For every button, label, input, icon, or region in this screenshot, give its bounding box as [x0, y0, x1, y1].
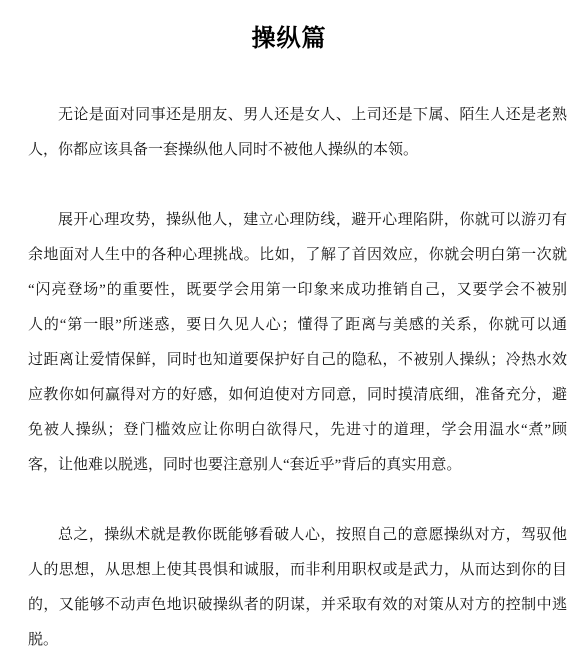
text-line: 人，你都应该具备一套操纵他人同时不被他人操纵的本领。: [28, 133, 567, 168]
document-page: 操纵篇 无论是面对同事还是朋友、男人还是女人、上司还是下属、陌生人还是老熟人，你…: [0, 0, 578, 663]
text-line: 的，又能够不动声色地识破操纵者的阴谋，并采取有效的对策从对方的控制中逃: [28, 588, 567, 623]
document-body: 无论是面对同事还是朋友、男人还是女人、上司还是下属、陌生人还是老熟人，你都应该具…: [0, 98, 578, 658]
text-line: 客，让他难以脱逃，同时也要注意别人“套近乎”背后的真实用意。: [28, 448, 567, 483]
text-line: 人的“第一眼”所迷惑，要日久见人心；懂得了距离与美感的关系，你就可以通: [28, 308, 567, 343]
paragraph: 展开心理攻势，操纵他人，建立心理防线，避开心理陷阱，你就可以游刃有余地面对人生中…: [28, 203, 567, 483]
text-line: 脱。: [28, 623, 567, 658]
page-title: 操纵篇: [0, 0, 578, 54]
text-line: 应教你如何赢得对方的好感，如何迫使对方同意，同时摸清底细，准备充分，避: [28, 378, 567, 413]
text-line: 无论是面对同事还是朋友、男人还是女人、上司还是下属、陌生人还是老熟: [28, 98, 567, 133]
text-line: 过距离让爱情保鲜，同时也知道要保护好自己的隐私，不被别人操纵；冷热水效: [28, 343, 567, 378]
text-line: 免被人操纵；登门槛效应让你明白欲得尺，先进寸的道理，学会用温水“煮”顾: [28, 413, 567, 448]
text-line: “闪亮登场”的重要性，既要学会用第一印象来成功推销自己，又要学会不被别: [28, 273, 567, 308]
text-line: 余地面对人生中的各种心理挑战。比如，了解了首因效应，你就会明白第一次就: [28, 238, 567, 273]
paragraph: 总之，操纵术就是教你既能够看破人心，按照自己的意愿操纵对方，驾驭他人的思想，从思…: [28, 518, 567, 658]
text-line: 展开心理攻势，操纵他人，建立心理防线，避开心理陷阱，你就可以游刃有: [28, 203, 567, 238]
text-line: 人的思想，从思想上使其畏惧和诚服，而非利用职权或是武力，从而达到你的目: [28, 553, 567, 588]
text-line: 总之，操纵术就是教你既能够看破人心，按照自己的意愿操纵对方，驾驭他: [28, 518, 567, 553]
paragraph: 无论是面对同事还是朋友、男人还是女人、上司还是下属、陌生人还是老熟人，你都应该具…: [28, 98, 567, 168]
